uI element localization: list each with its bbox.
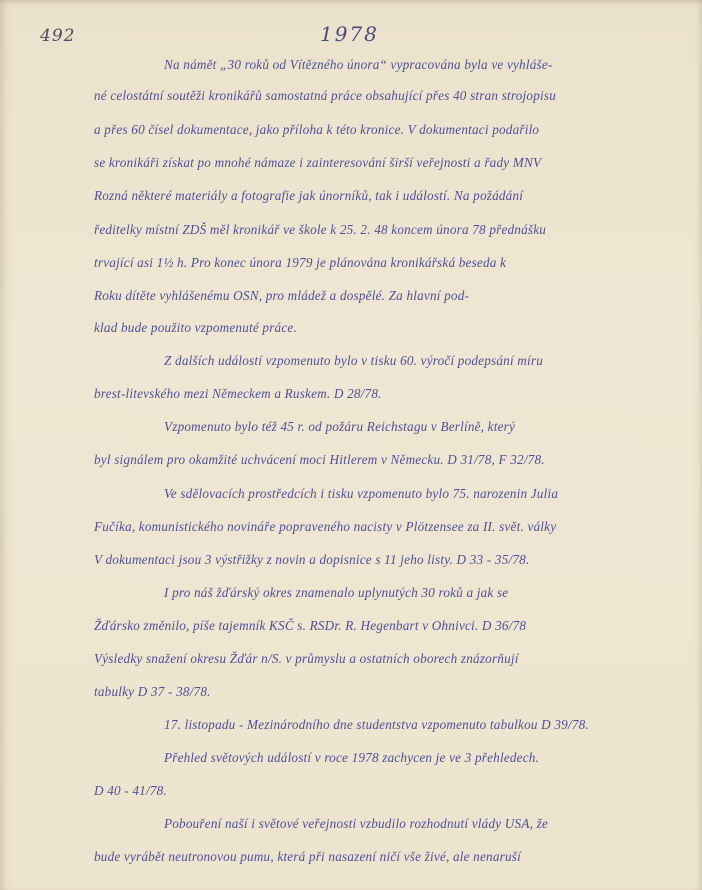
text-line: bude vyrábět neutronovou pumu, která při… [94,849,521,865]
text-line: Na námět „30 roků od Vítězného února“ vy… [164,57,552,73]
text-line: Ve sdělovacích prostředcích i tisku vzpo… [164,486,558,502]
handwritten-chronicle-page: 492 1978 Na námět „30 roků od Vítězného … [0,0,702,890]
text-line: Přehled světových událostí v roce 1978 z… [164,750,539,766]
text-line: se kronikáři získat po mnohé námaze i za… [94,155,541,171]
text-line: Roku dítěte vyhlášenému OSN, pro mládež … [94,288,469,304]
text-line: Pobouření naší i světové veřejnosti vzbu… [164,816,548,832]
year-heading: 1978 [320,22,379,46]
text-line: ředitelky místní ZDŠ měl kronikář ve ško… [94,222,546,238]
text-line: Z dalších událostí vzpomenuto bylo v tis… [164,353,543,369]
text-line: brest-litevského mezi Německem a Ruskem.… [94,386,382,402]
text-line: Rozná některé materiály a fotografie jak… [94,188,523,204]
text-line: trvající asi 1½ h. Pro konec února 1979 … [94,255,506,271]
text-line: Výsledky snažení okresu Žďár n/S. v prům… [94,651,519,667]
text-line: Fučíka, komunistického novináře popraven… [94,519,556,535]
text-line: né celostátní soutěži kronikářů samostat… [94,88,556,104]
text-line: tabulky D 37 - 38/78. [94,684,211,700]
text-line: I pro náš žďárský okres znamenalo uplynu… [164,585,508,601]
text-line: Žďársko změnilo, píše tajemník KSČ s. RS… [94,618,526,634]
text-line: V dokumentaci jsou 3 výstřižky z novin a… [94,552,529,568]
text-line: 17. listopadu - Mezinárodního dne studen… [164,717,589,733]
text-line: Vzpomenuto bylo též 45 r. od požáru Reic… [164,419,515,435]
text-line: byl signálem pro okamžité uchvácení moci… [94,452,545,468]
text-line: D 40 - 41/78. [94,783,167,799]
text-line: klad bude použito vzpomenuté práce. [94,320,297,336]
page-number: 492 [40,26,75,46]
text-line: a přes 60 čísel dokumentace, jako příloh… [94,122,539,138]
